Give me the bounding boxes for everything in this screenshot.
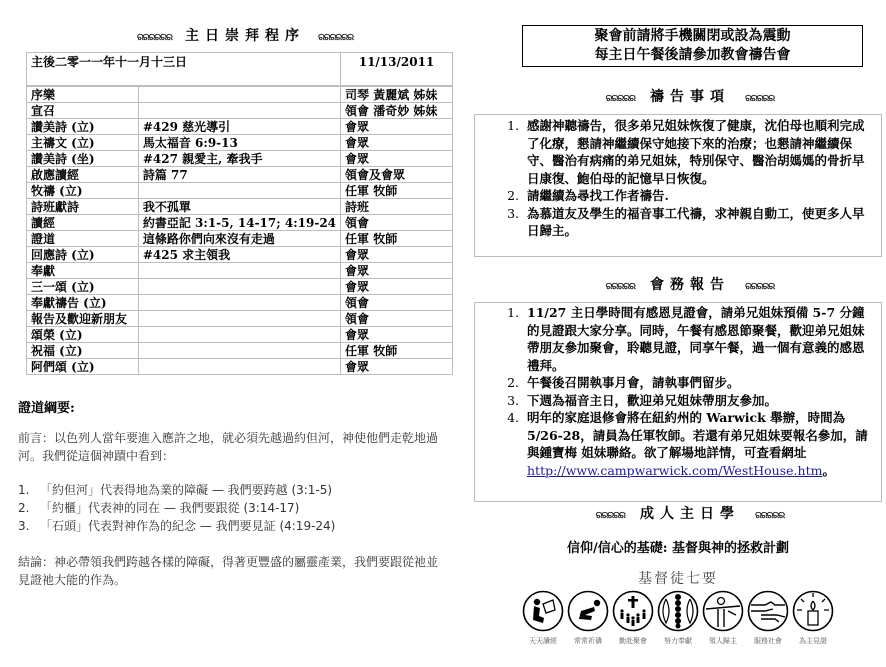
program-row: 主禱文 (立)馬太福音 6:9-13會眾 xyxy=(27,135,453,151)
program-item: 阿們頌 (立) xyxy=(27,359,139,375)
program-leader: 領會 xyxy=(341,311,453,327)
program-leader: 任軍 牧師 xyxy=(341,183,453,199)
program-item: 報告及歡迎新朋友 xyxy=(27,311,139,327)
fellowship-icon xyxy=(612,589,654,633)
program-row: 頌榮 (立)會眾 xyxy=(27,327,453,343)
program-row: 阿們頌 (立)會眾 xyxy=(27,359,453,375)
essential-item: 服務社會 xyxy=(747,589,789,646)
program-row: 詩班獻詩我不孤單詩班 xyxy=(27,199,453,215)
program-leader: 司琴 黃麗斌 姊妹 xyxy=(341,86,453,103)
sermon-heading: 證道綱要: xyxy=(18,397,75,416)
program-row: 牧禱 (立)任軍 牧師 xyxy=(27,183,453,199)
decorative-border-icon: ରରରରରର xyxy=(137,33,172,43)
witness-icon xyxy=(792,589,834,633)
program-title: 主日崇拜程序 xyxy=(185,28,305,44)
program-row: 祝福 (立)任軍 牧師 xyxy=(27,343,453,359)
program-leader: 會眾 xyxy=(341,119,453,135)
prayer-items-box: 感謝神聽禱告，很多弟兄姐妹恢復了健康，沈伯母也順利完成了化療，懇請神繼續保守她接… xyxy=(474,114,882,257)
program-content: 馬太福音 6:9-13 xyxy=(138,135,340,151)
program-row: 證道這條路你們向來沒有走過任軍 牧師 xyxy=(27,231,453,247)
program-item: 牧禱 (立) xyxy=(27,183,139,199)
date-chinese: 主後二零一一年十一月十三日 xyxy=(27,53,341,87)
prayer-list: 感謝神聽禱告，很多弟兄姐妹恢復了健康，沈伯母也順利完成了化療，懇請神繼續保守她接… xyxy=(475,117,881,240)
news-item: 下週為福音主日，歡迎弟兄姐妹帶朋友參加。 xyxy=(523,392,875,410)
essential-item: 領人歸主 xyxy=(702,589,744,646)
program-row: 奉獻禱告 (立)領會 xyxy=(27,295,453,311)
sermon-point: 2.「約櫃」代表神的同在 — 我們要跟從 (3:14-17) xyxy=(18,499,448,517)
program-item: 宣召 xyxy=(27,103,139,119)
sermon-points: 1.「約但河」代表得地為業的障礙 — 我們要跨越 (3:1-5) 2.「約櫃」代… xyxy=(18,481,448,535)
notice-line-1: 聚會前請將手機關閉或設為震動 xyxy=(523,27,862,46)
program-item: 回應詩 (立) xyxy=(27,247,139,263)
decorative-border-icon: ରରରରର xyxy=(755,511,784,521)
program-content: #427 親愛主, 牽我手 xyxy=(138,151,340,167)
program-leader: 詩班 xyxy=(341,199,453,215)
bible-reading-icon xyxy=(522,589,564,633)
seven-essentials-title: 基督徒七要 xyxy=(474,568,882,588)
program-item: 主禱文 (立) xyxy=(27,135,139,151)
program-content xyxy=(138,183,340,199)
sermon-conclusion: 結論：神必帶領我們跨越各樣的障礙，得著更豐盛的屬靈產業，我們要跟從祂並見證祂大能… xyxy=(18,553,443,589)
program-row: 回應詩 (立)#425 求主領我會眾 xyxy=(27,247,453,263)
notice-line-2: 每主日午餐後請參加教會禱告會 xyxy=(523,46,862,65)
sermon-point: 3.「石頭」代表對神作為的紀念 — 我們要見証 (4:19-24) xyxy=(18,517,448,535)
campwarwick-link[interactable]: http://www.campwarwick.com/WestHouse.htm xyxy=(527,463,822,478)
program-item: 證道 xyxy=(27,231,139,247)
prayer-item: 請繼續為尋找工作者禱告. xyxy=(523,187,875,205)
program-item: 讀經 xyxy=(27,215,139,231)
program-leader: 會眾 xyxy=(341,263,453,279)
program-item: 讚美詩 (坐) xyxy=(27,151,139,167)
program-content: #425 求主領我 xyxy=(138,247,340,263)
service-icon xyxy=(747,589,789,633)
prayer-item: 感謝神聽禱告，很多弟兄姐妹恢復了健康，沈伯母也順利完成了化療，懇請神繼續保守她接… xyxy=(523,117,875,187)
prayer-title: 禱告事項 xyxy=(650,89,730,105)
essential-item: 常常祈禱 xyxy=(567,589,609,646)
program-content: 詩篇 77 xyxy=(138,167,340,183)
program-content xyxy=(138,343,340,359)
program-row: 讚美詩 (坐)#427 親愛主, 牽我手會眾 xyxy=(27,151,453,167)
program-content xyxy=(138,103,340,119)
program-leader: 會眾 xyxy=(341,279,453,295)
offering-icon xyxy=(657,589,699,633)
program-leader: 領會 xyxy=(341,295,453,311)
essential-item: 努力奉獻 xyxy=(657,589,699,646)
program-content xyxy=(138,279,340,295)
program-content xyxy=(138,295,340,311)
program-leader: 領會 xyxy=(341,215,453,231)
program-leader: 會眾 xyxy=(341,359,453,375)
program-content xyxy=(138,311,340,327)
decorative-border-icon: ରରରରରର xyxy=(318,33,353,43)
decorative-border-icon: ରରରରର xyxy=(596,511,625,521)
program-leader: 會眾 xyxy=(341,151,453,167)
essential-item: 天天讀經 xyxy=(522,589,564,646)
news-title-row: ରରରରର 會務報告 ରରରରର xyxy=(540,274,840,294)
program-item: 頌榮 (立) xyxy=(27,327,139,343)
program-date-row: 主後二零一一年十一月十三日 11/13/2011 xyxy=(27,53,453,87)
program-row: 報告及歡迎新朋友領會 xyxy=(27,311,453,327)
program-row: 奉獻會眾 xyxy=(27,263,453,279)
decorative-border-icon: ରରରରର xyxy=(606,94,635,104)
seven-essentials-icons: 天天讀經 常常祈禱 勤赴聚會 努力奉獻 領人歸主 服務社會 為主見證 xyxy=(522,589,834,646)
news-item: 11/27 主日學時間有感恩見證會，請弟兄姐妹預備 5-7 分鐘的見證跟大家分享… xyxy=(523,304,875,374)
decorative-border-icon: ରରରରର xyxy=(745,282,774,292)
prayer-icon xyxy=(567,589,609,633)
worship-program-table: 主後二零一一年十一月十三日 11/13/2011 序樂司琴 黃麗斌 姊妹宣召領會… xyxy=(26,52,453,375)
prayer-title-row: ରରରରର 禱告事項 ରରରରର xyxy=(540,86,840,106)
program-content: 這條路你們向來沒有走過 xyxy=(138,231,340,247)
program-content: 約書亞記 3:1-5, 14-17; 4:19-24 xyxy=(138,215,340,231)
news-title: 會務報告 xyxy=(650,277,730,293)
program-content: #429 慈光導引 xyxy=(138,119,340,135)
program-item: 詩班獻詩 xyxy=(27,199,139,215)
news-item: 明年的家庭退修會將在紐約州的 Warwick 舉辦，時間為5/26-28，請員為… xyxy=(523,409,875,479)
program-item: 奉獻 xyxy=(27,263,139,279)
program-content: 我不孤單 xyxy=(138,199,340,215)
program-leader: 會眾 xyxy=(341,247,453,263)
decorative-border-icon: ରରରରର xyxy=(745,94,774,104)
news-item: 午餐後召開執事月會，請執事們留步。 xyxy=(523,374,875,392)
program-content xyxy=(138,359,340,375)
program-item: 奉獻禱告 (立) xyxy=(27,295,139,311)
news-list: 11/27 主日學時間有感恩見證會，請弟兄姐妹預備 5-7 分鐘的見證跟大家分享… xyxy=(475,304,881,479)
program-leader: 領會及會眾 xyxy=(341,167,453,183)
sunday-school-subtitle: 信仰/信心的基礎: 基督與神的拯救計劃 xyxy=(474,537,882,556)
program-row: 讚美詩 (立)#429 慈光導引會眾 xyxy=(27,119,453,135)
program-item: 啟應讀經 xyxy=(27,167,139,183)
program-item: 祝福 (立) xyxy=(27,343,139,359)
sunday-school-title-row: ରରରରର 成人主日學 ରରରରର xyxy=(540,503,840,523)
program-item: 讚美詩 (立) xyxy=(27,119,139,135)
program-leader: 領會 潘奇妙 姊妹 xyxy=(341,103,453,119)
essential-item: 為主見證 xyxy=(792,589,834,646)
program-leader: 會眾 xyxy=(341,327,453,343)
program-row: 序樂司琴 黃麗斌 姊妹 xyxy=(27,86,453,103)
date: 11/13/2011 xyxy=(341,53,453,87)
program-leader: 任軍 牧師 xyxy=(341,343,453,359)
sermon-point: 1.「約但河」代表得地為業的障礙 — 我們要跨越 (3:1-5) xyxy=(18,481,448,499)
program-leader: 任軍 牧師 xyxy=(341,231,453,247)
program-row: 宣召領會 潘奇妙 姊妹 xyxy=(27,103,453,119)
church-news-box: 11/27 主日學時間有感恩見證會，請弟兄姐妹預備 5-7 分鐘的見證跟大家分享… xyxy=(474,302,882,502)
program-item: 三一頌 (立) xyxy=(27,279,139,295)
program-row: 三一頌 (立)會眾 xyxy=(27,279,453,295)
program-item: 序樂 xyxy=(27,86,139,103)
program-content xyxy=(138,263,340,279)
program-title-row: ରରରରରର 主日崇拜程序 ରରରରରର xyxy=(95,25,395,45)
program-row: 讀經約書亞記 3:1-5, 14-17; 4:19-24領會 xyxy=(27,215,453,231)
program-content xyxy=(138,86,340,103)
notice-box: 聚會前請將手機關閉或設為震動 每主日午餐後請參加教會禱告會 xyxy=(522,25,863,67)
sermon-intro: 前言：以色列人當年要進入應許之地，就必須先越過約但河，神使他們走乾地過河。我們從… xyxy=(18,429,438,465)
program-row: 啟應讀經詩篇 77領會及會眾 xyxy=(27,167,453,183)
sunday-school-title: 成人主日學 xyxy=(640,506,740,522)
evangelism-icon xyxy=(702,589,744,633)
program-content xyxy=(138,327,340,343)
program-leader: 會眾 xyxy=(341,135,453,151)
essential-item: 勤赴聚會 xyxy=(612,589,654,646)
decorative-border-icon: ରରରରର xyxy=(606,282,635,292)
prayer-item: 為慕道友及學生的福音事工代禱，求神親自動工，使更多人早日歸主。 xyxy=(523,205,875,240)
